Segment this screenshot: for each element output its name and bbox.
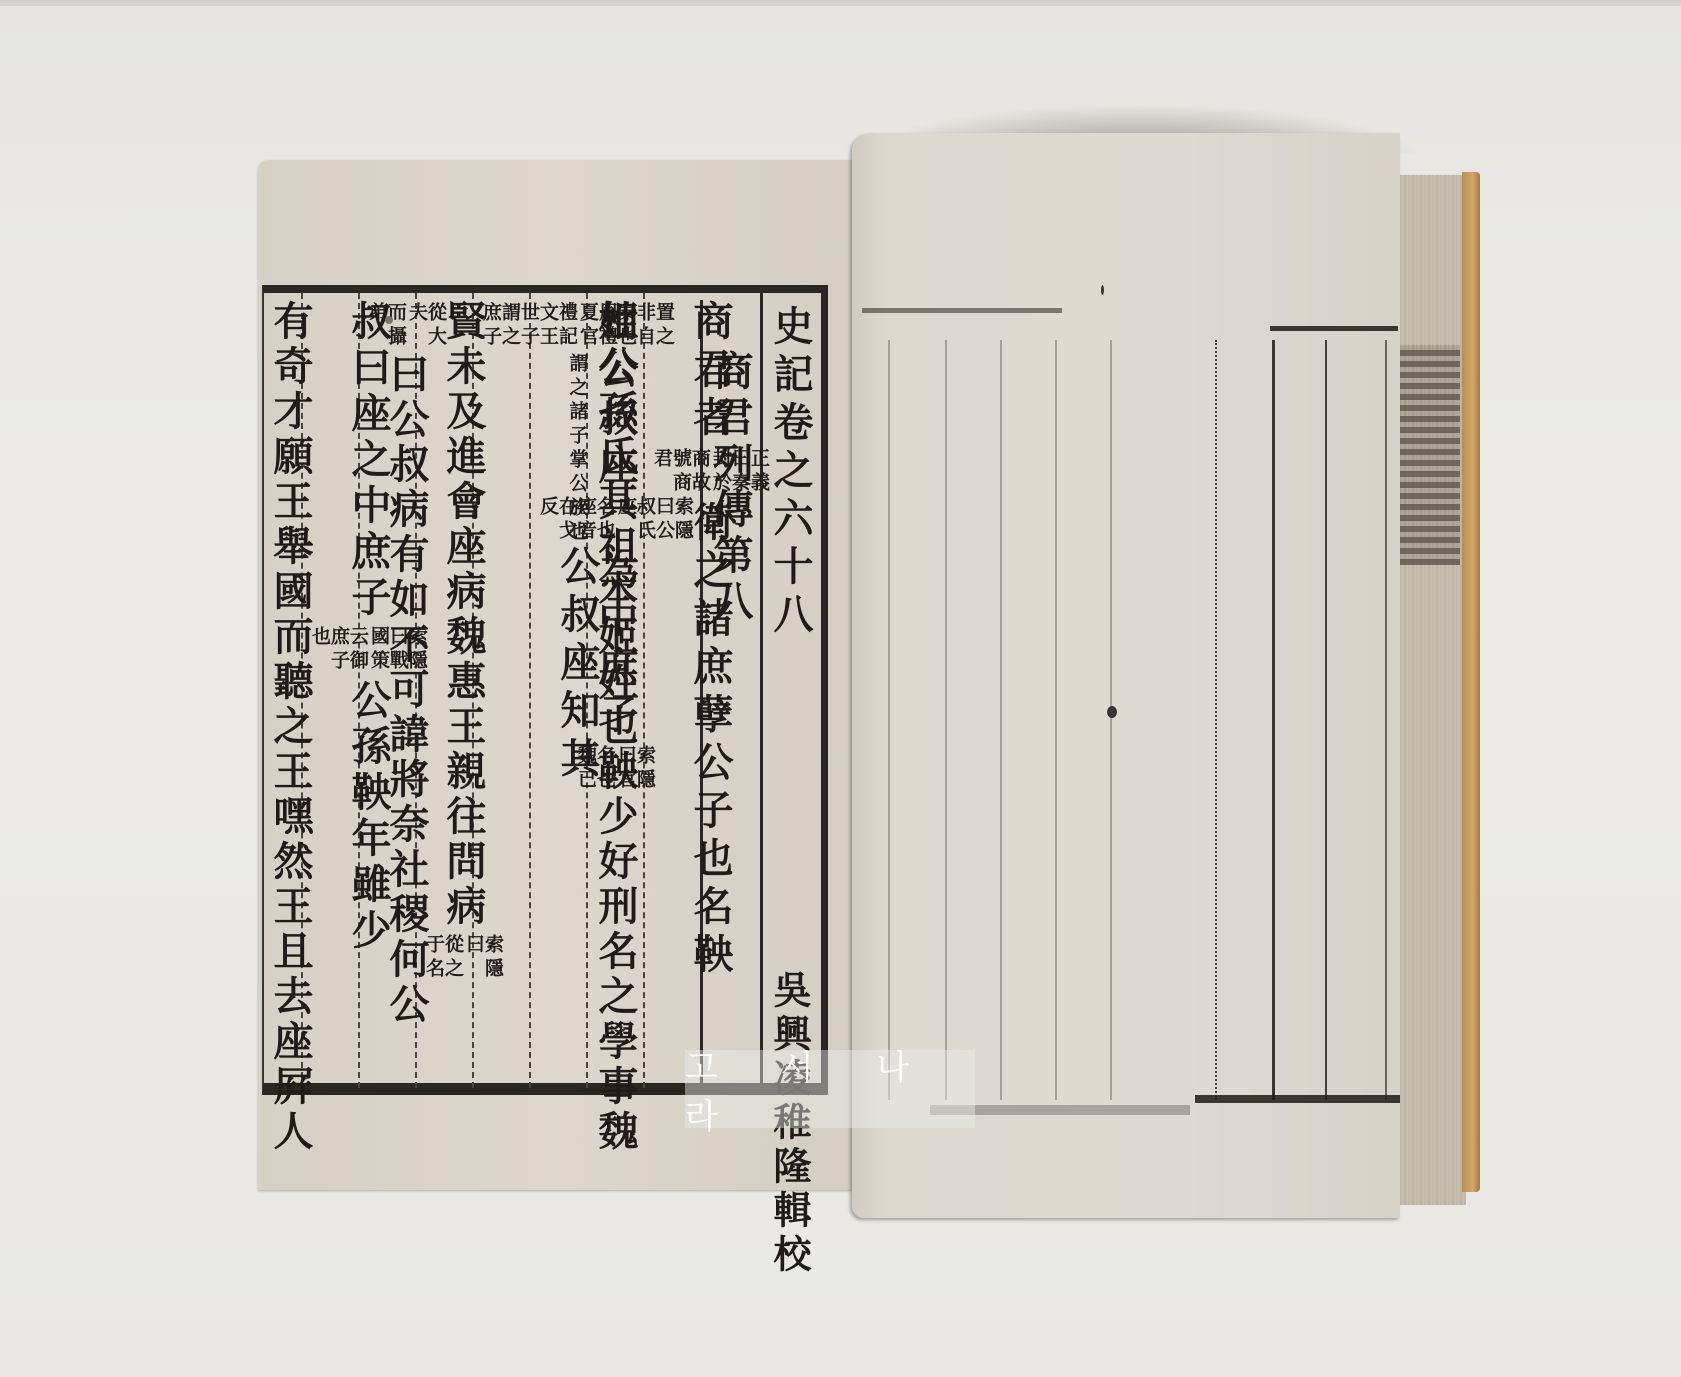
vertical-text: 公孫鞅年雖少 xyxy=(348,679,388,955)
annotation: 置之非自秦也周禮夏官 禮記文王世子謂之庶子 xyxy=(481,302,673,351)
column-rule xyxy=(1272,340,1275,1100)
annotation-text: 置之非自秦也周禮夏官 xyxy=(578,302,673,351)
page-edge-stack xyxy=(1400,175,1466,1205)
watermark: 고 서 나 라 xyxy=(685,1050,975,1128)
vertical-text: 公叔座知其 xyxy=(557,545,597,785)
vertical-text: 叔曰座之中庶子 xyxy=(348,300,388,622)
annotation-text: 索隱曰 xyxy=(464,934,502,983)
vertical-text: 賢未及進會座病魏惠王親往問病 xyxy=(443,300,483,930)
background-edge xyxy=(0,0,1681,6)
annotation-text: 正義曰秦封於 xyxy=(711,448,768,497)
ghost-rule xyxy=(1215,340,1217,1100)
frame-line xyxy=(1195,1095,1400,1103)
vertical-text: 商君者 xyxy=(690,300,730,444)
ghost-rule xyxy=(1110,340,1112,1100)
ink-spot xyxy=(1107,706,1117,718)
text-column-7: 叔曰座之中庶子 索隱曰戰國策 云御庶子也 公孫鞅年雖少 xyxy=(310,300,426,955)
column-rule xyxy=(1325,340,1327,1100)
annotation-text: 索隱曰戰國策 xyxy=(369,626,426,675)
ghost-rule xyxy=(1055,340,1057,1100)
vertical-text: 衛之諸庶孽公子也名鞅 xyxy=(690,501,730,981)
ghost-rule xyxy=(945,340,947,1100)
annotation: 索隱曰戰國策 云御庶子也 xyxy=(310,626,426,675)
vertical-text: 有奇才願王舉國而聽之王嘿然王且去座屛人 xyxy=(270,300,310,1155)
ghost-rule xyxy=(1000,340,1002,1100)
column-rule xyxy=(1385,340,1387,1100)
page-edge-ink xyxy=(1400,345,1460,565)
text-column-4: 置之非自秦也周禮夏官 禮記文王世子謂之庶子 謂之諸子掌公族也 公叔座知其 xyxy=(481,300,673,785)
text-column-8: 有奇才願王舉國而聽之王嘿然王且去座屛人 xyxy=(270,300,310,1155)
frame-line xyxy=(1270,326,1398,331)
watermark-text: 고 서 나 라 xyxy=(685,1040,975,1138)
ghost-rule xyxy=(888,340,890,1100)
annotation-text: 云御庶子也 xyxy=(310,626,367,675)
ink-spot xyxy=(385,316,393,324)
ink-spot xyxy=(1101,285,1104,295)
vertical-text: 史記卷之六十八 xyxy=(770,305,810,641)
ghost-frame-line xyxy=(862,308,1062,313)
volume-title: 史記卷之六十八 xyxy=(770,305,810,641)
book-cover-edge xyxy=(1462,172,1480,1192)
annotation-text: 謂之諸子掌公族也 xyxy=(568,353,587,545)
